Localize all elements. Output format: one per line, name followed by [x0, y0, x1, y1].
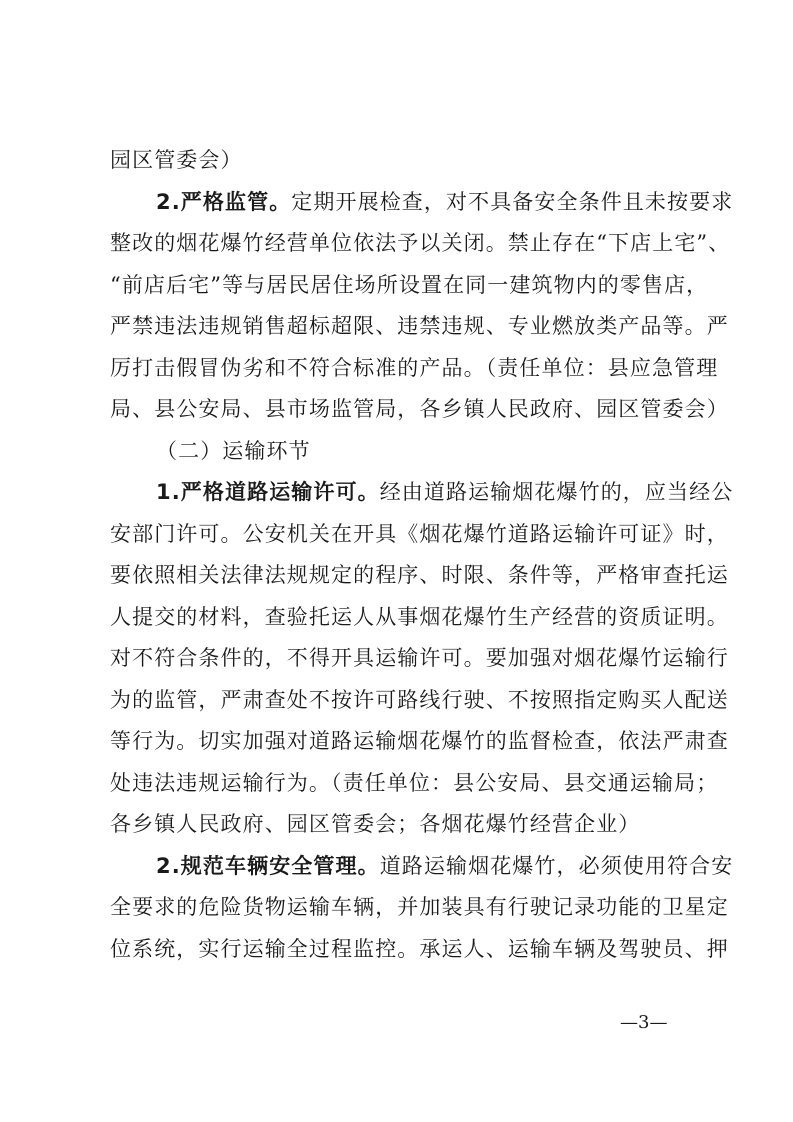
text-line: 要依照相关法律法规规定的程序、时限、条件等，严格审查托运 — [110, 555, 700, 597]
text-line: 安部门许可。公安机关在开具《烟花爆竹道路运输许可证》时， — [110, 514, 700, 556]
text-line: 整改的烟花爆竹经营单位依法予以关闭。禁止存在“下店上宅”、 — [110, 223, 700, 265]
text-line: 各乡镇人民政府、园区管委会；各烟花爆竹经营企业） — [110, 804, 700, 846]
page-number: —3— — [620, 1012, 667, 1033]
paragraph-heading-line: 1.严格道路运输许可。经由道路运输烟花爆竹的，应当经公 — [110, 472, 700, 514]
item-heading: 1.严格道路运输许可。 — [156, 480, 380, 504]
document-page: 园区管委会） 2.严格监管。定期开展检查，对不具备安全条件且未按要求 整改的烟花… — [0, 0, 793, 1122]
text-line: 位系统，实行运输全过程监控。承运人、运输车辆及驾驶员、押 — [110, 929, 700, 971]
document-body: 园区管委会） 2.严格监管。定期开展检查，对不具备安全条件且未按要求 整改的烟花… — [110, 140, 700, 970]
text-line: 严禁违法违规销售超标超限、违禁违规、专业燃放类产品等。严 — [110, 306, 700, 348]
paragraph-heading-line: 2.规范车辆安全管理。道路运输烟花爆竹，必须使用符合安 — [110, 846, 700, 888]
text-line: 处违法违规运输行为。（责任单位：县公安局、县交通运输局； — [110, 763, 700, 805]
text-line: “前店后宅”等与居民居住场所设置在同一建筑物内的零售店， — [110, 265, 700, 307]
text-line: 等行为。切实加强对道路运输烟花爆竹的监督检查，依法严肃查 — [110, 721, 700, 763]
text-line: 人提交的材料，查验托运人从事烟花爆竹生产经营的资质证明。 — [110, 597, 700, 639]
text-line: 全要求的危险货物运输车辆，并加装具有行驶记录功能的卫星定 — [110, 887, 700, 929]
text-line: 园区管委会） — [110, 140, 700, 182]
paragraph-heading-line: 2.严格监管。定期开展检查，对不具备安全条件且未按要求 — [110, 182, 700, 224]
text-line: 局、县公安局、县市场监管局，各乡镇人民政府、园区管委会） — [110, 389, 700, 431]
text-line: 厉打击假冒伪劣和不符合标准的产品。（责任单位：县应急管理 — [110, 348, 700, 390]
text-line: 为的监管，严肃查处不按许可路线行驶、不按照指定购买人配送 — [110, 680, 700, 722]
text-line: 对不符合条件的，不得开具运输许可。要加强对烟花爆竹运输行 — [110, 638, 700, 680]
section-heading: （二）运输环节 — [110, 431, 700, 473]
item-heading: 2.规范车辆安全管理。 — [156, 854, 380, 878]
item-heading: 2.严格监管。 — [156, 190, 291, 214]
